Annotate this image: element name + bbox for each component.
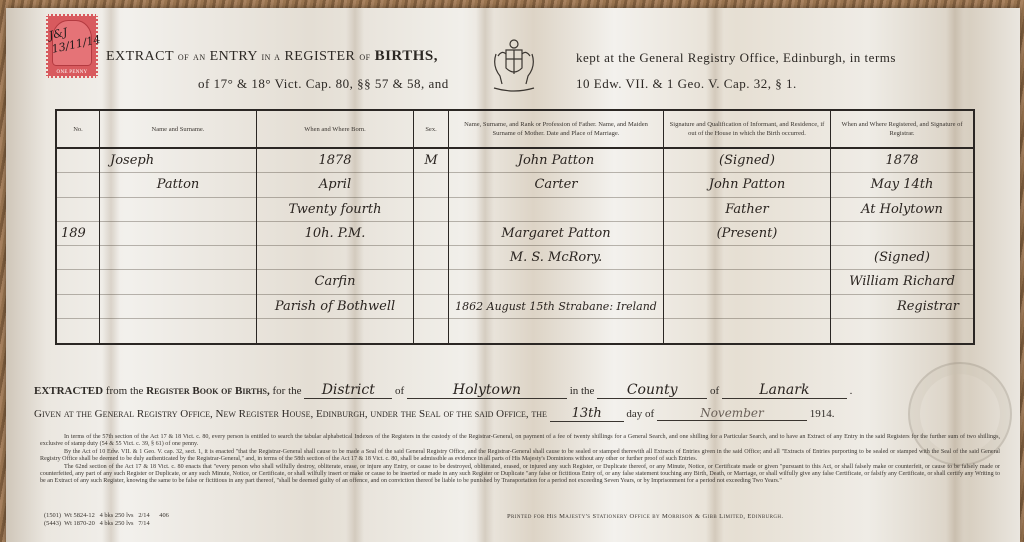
- child-first-name: Joseph: [100, 149, 256, 173]
- cell-line: [414, 295, 448, 319]
- child-surname: Patton: [100, 173, 256, 197]
- royal-coat-of-arms-icon: [488, 36, 540, 96]
- father-name: John Patton: [449, 149, 663, 173]
- static-text: of: [710, 385, 719, 397]
- issue-year: 1914.: [810, 408, 835, 420]
- postage-stamp-icon: J&J 13/11/14 ONE PENNY: [46, 14, 98, 78]
- cell-line: [57, 246, 99, 270]
- register-book-label: Register Book of Births,: [146, 385, 270, 397]
- father-occupation: Carter: [449, 173, 663, 197]
- cell-line: [57, 149, 99, 173]
- registrar-name: William Richard: [831, 270, 973, 294]
- title-word: of: [178, 51, 189, 63]
- given-label: Given: [34, 408, 61, 420]
- cell-parents: John Patton Carter Margaret Patton M. S.…: [449, 148, 664, 344]
- cell-born: 1878 April Twenty fourth 10h. P.M. Carfi…: [257, 148, 414, 344]
- register-entry-table: No. Name and Surname. When and Where Bor…: [55, 109, 975, 345]
- header-act-reference-left: of 17° & 18° Vict. Cap. 80, §§ 57 & 58, …: [198, 76, 449, 92]
- legal-notice-paragraph: By the Act of 10 Edw. VII. & 1 Geo. V. c…: [40, 449, 1000, 464]
- title-word: EXTRACT: [106, 49, 174, 64]
- static-text: .: [850, 385, 853, 397]
- cell-line: [449, 319, 663, 343]
- cell-line: [57, 198, 99, 222]
- informant-name: John Patton: [664, 173, 830, 197]
- cell-line: [100, 270, 256, 294]
- district-label-field: District: [304, 382, 392, 399]
- table-row: 189 Joseph Patton 1878 April Twenty four…: [56, 148, 974, 344]
- birth-day: Twenty fourth: [257, 198, 413, 222]
- registrar-signed: (Signed): [831, 246, 973, 270]
- cell-line: [664, 270, 830, 294]
- title-word: REGISTER: [284, 49, 355, 64]
- extracted-label: EXTRACTED: [34, 385, 103, 397]
- title-word: ENTRY: [210, 49, 258, 64]
- header-registry-office: kept at the General Registry Office, Edi…: [576, 50, 896, 66]
- title-word: of: [359, 51, 370, 63]
- column-header-informant: Signature and Qualification of Informant…: [664, 110, 831, 148]
- cell-line: [449, 198, 663, 222]
- birth-parish: Parish of Bothwell: [257, 295, 413, 319]
- header-title-line1: EXTRACT of an ENTRY in a REGISTER of BIR…: [106, 48, 438, 65]
- birth-place: Carfin: [257, 270, 413, 294]
- cell-informant: (Signed) John Patton Father (Present): [664, 148, 831, 344]
- county-label-field: County: [597, 382, 707, 399]
- static-text: day of: [626, 408, 654, 420]
- extracted-from-line: EXTRACTED from the Register Book of Birt…: [34, 382, 852, 399]
- issue-month-field: November: [657, 406, 807, 421]
- printer-imprint: Printed for His Majesty's Stationery Off…: [507, 513, 783, 520]
- cell-line: [100, 319, 256, 343]
- column-header-sex: Sex.: [414, 110, 449, 148]
- cell-line: [257, 246, 413, 270]
- column-header-born: When and Where Born.: [257, 110, 414, 148]
- marriage-date-place: 1862 August 15th Strabane: Ireland: [449, 295, 663, 319]
- entry-number: 189: [57, 222, 99, 246]
- column-header-parents: Name, Surname, and Rank or Profession of…: [449, 110, 664, 148]
- informant-signed: (Signed): [664, 149, 830, 173]
- column-header-name: Name and Surname.: [100, 110, 257, 148]
- cell-registered: 1878 May 14th At Holytown (Signed) Willi…: [831, 148, 975, 344]
- cell-line: [414, 246, 448, 270]
- cell-line: [57, 295, 99, 319]
- stamp-value: ONE PENNY: [48, 70, 96, 75]
- legal-notice-paragraph: The 62nd section of the Act 17 & 18 Vict…: [40, 464, 1000, 486]
- informant-qualification: Father: [664, 198, 830, 222]
- birth-time: 10h. P.M.: [257, 222, 413, 246]
- cell-line: [414, 198, 448, 222]
- cell-no: 189: [56, 148, 100, 344]
- cell-name: Joseph Patton: [100, 148, 257, 344]
- title-word: an: [193, 51, 206, 63]
- cell-line: [449, 270, 663, 294]
- cell-line: [664, 319, 830, 343]
- cell-line: [57, 270, 99, 294]
- informant-present: (Present): [664, 222, 830, 246]
- cell-line: [57, 319, 99, 343]
- legal-notice-paragraph: In terms of the 57th section of the Act …: [40, 434, 1000, 449]
- static-text: for the: [273, 385, 302, 397]
- registration-place: At Holytown: [831, 198, 973, 222]
- issue-day-field: 13th: [550, 406, 624, 422]
- static-text: from the: [106, 385, 144, 397]
- legal-notice: In terms of the 57th section of the Act …: [40, 434, 1000, 486]
- cell-sex: M: [414, 148, 449, 344]
- title-births: BIRTHS,: [375, 48, 438, 64]
- birth-year: 1878: [257, 149, 413, 173]
- birth-month: April: [257, 173, 413, 197]
- cell-line: [100, 198, 256, 222]
- cell-line: [57, 173, 99, 197]
- cell-line: [100, 295, 256, 319]
- cell-line: [664, 246, 830, 270]
- district-field: Holytown: [407, 382, 567, 399]
- cell-line: [100, 222, 256, 246]
- cell-line: [831, 319, 973, 343]
- mother-name: Margaret Patton: [449, 222, 663, 246]
- registration-date: May 14th: [831, 173, 973, 197]
- registrar-title: Registrar: [831, 295, 973, 319]
- cell-line: [414, 222, 448, 246]
- static-text: of: [395, 385, 404, 397]
- cell-line: [414, 270, 448, 294]
- mother-maiden-surname: M. S. McRory.: [449, 246, 663, 270]
- cell-line: [414, 173, 448, 197]
- registration-year: 1878: [831, 149, 973, 173]
- header-act-reference-right: 10 Edw. VII. & 1 Geo. V. Cap. 32, § 1.: [576, 76, 797, 92]
- child-sex: M: [414, 149, 448, 173]
- cell-line: [664, 295, 830, 319]
- column-header-no: No.: [56, 110, 100, 148]
- static-text: in the: [570, 385, 595, 397]
- cell-line: [100, 246, 256, 270]
- print-codes: (1501) Wt 5824-12 4 bks 250 lvs 2/14 406…: [44, 512, 169, 528]
- table-header-row: No. Name and Surname. When and Where Bor…: [56, 110, 974, 148]
- given-at-line: Given at the General Registry Office, Ne…: [34, 406, 834, 422]
- column-header-registered: When and Where Registered, and Signature…: [831, 110, 975, 148]
- cell-line: [831, 222, 973, 246]
- title-word: in a: [261, 51, 280, 63]
- cell-line: [414, 319, 448, 343]
- static-text: at the General Registry Office, New Regi…: [64, 408, 547, 420]
- county-field: Lanark: [722, 382, 847, 399]
- cell-line: [257, 319, 413, 343]
